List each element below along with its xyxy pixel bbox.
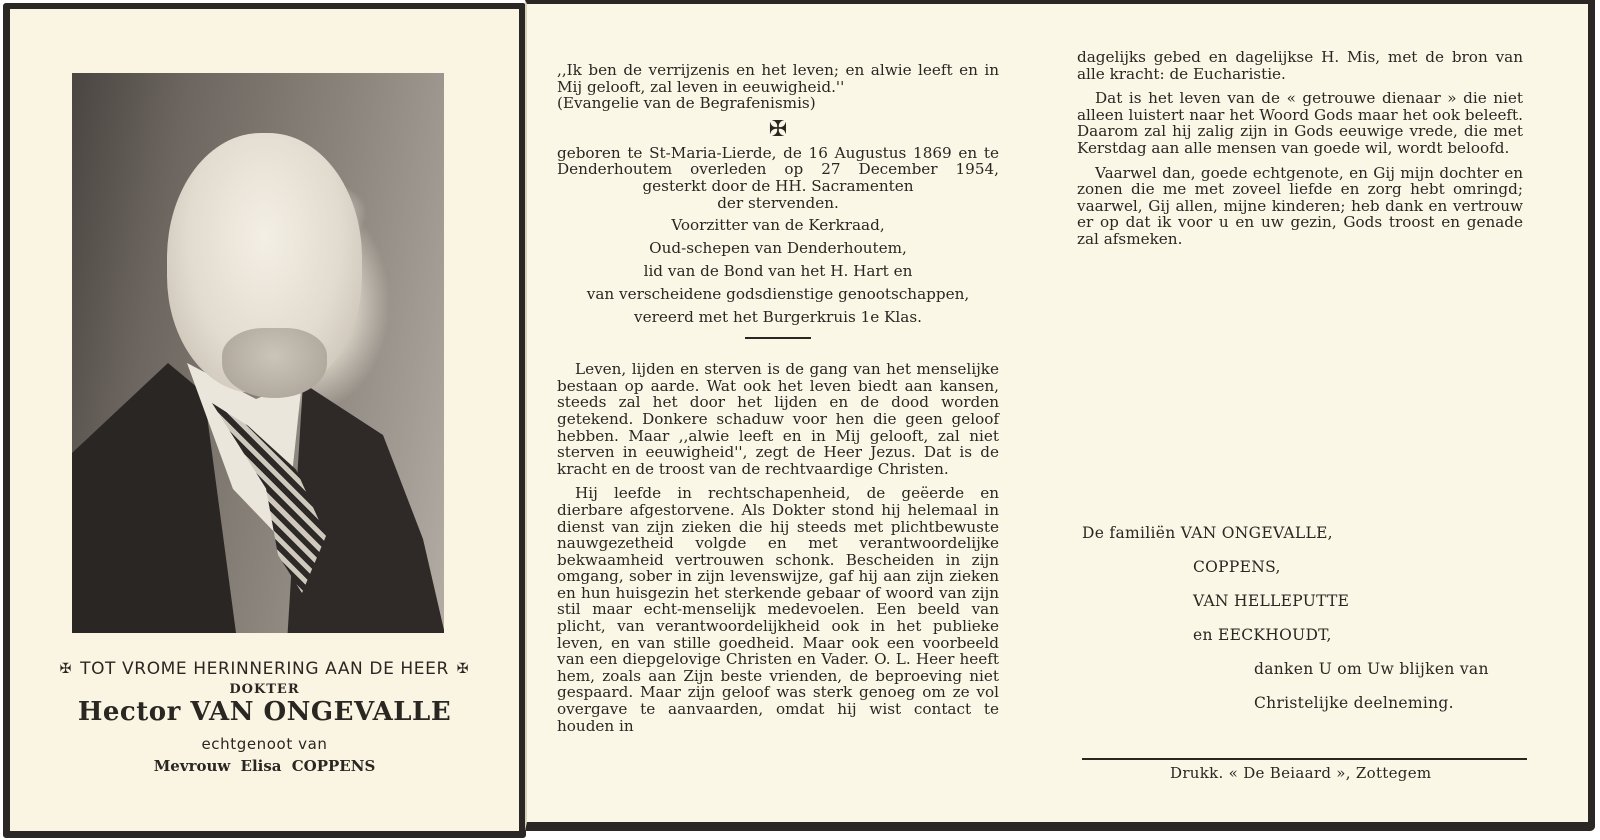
front-inscription: ✠ TOT VROME HERINNERING AAN DE HEER ✠ DO… — [10, 659, 519, 775]
memory-line: ✠ TOT VROME HERINNERING AAN DE HEER ✠ — [10, 659, 519, 679]
quote-source: (Evangelie van de Begrafenismis) — [557, 95, 999, 112]
roles-list: Voorzitter van de Kerkraad, Oud-schepen … — [557, 214, 999, 329]
memorial-card-front: ✠ TOT VROME HERINNERING AAN DE HEER ✠ DO… — [3, 3, 526, 838]
family-name: COPPENS, — [1082, 550, 1489, 584]
farewell-paragraph: Vaarwel dan, goede echtgenote, en Gij mi… — [1077, 165, 1523, 248]
role-item: lid van de Bond van het H. Hart en — [557, 260, 999, 283]
spouse-label: echtgenoot van — [10, 735, 519, 753]
deceased-title: DOKTER — [10, 682, 519, 697]
birth-death-text: geboren te St-Maria-Lierde, de 16 August… — [557, 145, 999, 195]
family-name: VAN HELLEPUTTE — [1082, 584, 1489, 618]
birth-death-end: der stervenden. — [557, 195, 999, 212]
printer-divider — [1082, 758, 1527, 760]
cross-icon: ✠ — [457, 661, 469, 677]
memorial-card-inside: ,,Ik ben de verrijzenis en het leven; en… — [525, 0, 1595, 831]
inside-left-column: ,,Ik ben de verrijzenis en het leven; en… — [557, 62, 999, 734]
thanks-closing: Christelijke deelneming. — [1082, 686, 1489, 720]
printer-credit: Drukk. « De Beiaard », Zottegem — [1170, 764, 1431, 782]
family-thanks: De familiën VAN ONGEVALLE, COPPENS, VAN … — [1082, 516, 1489, 720]
memory-text: TOT VROME HERINNERING AAN DE HEER — [80, 659, 449, 679]
thanks-closing: danken U om Uw blijken van — [1082, 652, 1489, 686]
role-item: Oud-schepen van Denderhoutem, — [557, 237, 999, 260]
eulogy-paragraph: Dat is het leven van de « getrouwe diena… — [1077, 90, 1523, 156]
deceased-name: Hector VAN ONGEVALLE — [10, 697, 519, 727]
photo-beard — [222, 328, 327, 398]
eulogy-paragraph: dagelijks gebed en dagelijkse H. Mis, me… — [1077, 49, 1523, 82]
eulogy-paragraph: Leven, lijden en sterven is de gang van … — [557, 361, 999, 477]
role-item: Voorzitter van de Kerkraad, — [557, 214, 999, 237]
family-name: en EECKHOUDT, — [1082, 618, 1489, 652]
role-item: vereerd met het Burgerkruis 1e Klas. — [557, 306, 999, 329]
scripture-quote: ,,Ik ben de verrijzenis en het leven; en… — [557, 62, 999, 95]
role-item: van verscheidene godsdienstige genootsch… — [557, 283, 999, 306]
spouse-name: Mevrouw Elisa COPPENS — [10, 757, 519, 775]
families-prefix: De familiën VAN ONGEVALLE, — [1082, 516, 1489, 550]
cross-icon: ✠ — [60, 661, 72, 677]
eulogy-paragraph: Hij leefde in rechtschapenheid, de geëer… — [557, 485, 999, 734]
inside-right-column: dagelijks gebed en dagelijkse H. Mis, me… — [1077, 49, 1523, 248]
portrait-photo — [72, 73, 444, 633]
cross-icon: ✠ — [557, 117, 999, 143]
